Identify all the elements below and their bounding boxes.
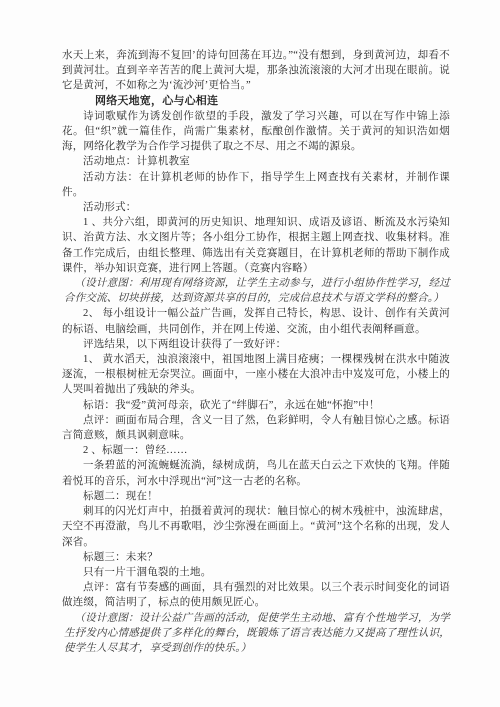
activity-item-1: 1 、共分六组，即黄河的历史知识、地理知识、成语及谚语、断流及水污染知识、治黄方… bbox=[62, 215, 450, 276]
design-note-1: （设计意图：利用现有网络资源，让学生主动参与，进行小组协作性学习，经过合作交流、… bbox=[62, 276, 450, 306]
activity-form-line: 活动形式： bbox=[62, 200, 450, 215]
work-2-scene-2: 刺耳的闪光灯声中，拍摄着黄河的现状：触目惊心的树木残桩中，浊流肆虐，天空不再澄澈… bbox=[62, 504, 450, 550]
work-1-slogan-line: 标语：我“爱”黄河母亲，砍光了“绊脚石”，永远在她“怀抱”中！ bbox=[62, 398, 450, 413]
work-2-comment-line: 点评：富有节奏感的画面，具有强烈的对比效果。以三个表示时间变化的词语做连缀，简洁… bbox=[62, 580, 450, 610]
design-note-2: （设计意图：设计公益广告画的活动，促使学生主动地、富有个性地学习，为学生抒发内心… bbox=[62, 611, 450, 657]
activity-location-line: 活动地点：计算机教室 bbox=[62, 154, 450, 169]
section-heading: 网络天地宽，心与心相连 bbox=[62, 94, 450, 109]
intro-paragraph: 诗词歌赋作为诱发创作欲望的手段，激发了学习兴趣，可以在写作中锦上添花。但“织”就… bbox=[62, 109, 450, 155]
work-2-title-2: 标题二：现在！ bbox=[62, 489, 450, 504]
activity-method-line: 活动方法：在计算机老师的协作下，指导学生上网查找有关素材，并制作课件。 bbox=[62, 170, 450, 200]
work-1-description: 1、 黄水滔天，浊浪滚滚中，祖国地图上满目疮痍；一棵棵残树在洪水中随波逐流，一根… bbox=[62, 352, 450, 398]
work-2-scene-3: 只有一片干涸龟裂的土地。 bbox=[62, 565, 450, 580]
work-2-title-1: 2 、标题一：曾经…… bbox=[62, 443, 450, 458]
quote-paragraph: 水天上来，奔流到海不复回’的诗句回荡在耳边。”“没有想到，身到黄河边，却看不到黄… bbox=[62, 48, 450, 94]
work-1-comment-line: 点评：画面布局合理，含义一目了然，色彩鲜明，令人有触目惊心之感。标语言简意赅，颇… bbox=[62, 413, 450, 443]
document-page: 水天上来，奔流到海不复回’的诗句回荡在耳边。”“没有想到，身到黄河边，却看不到黄… bbox=[0, 0, 500, 707]
work-2-title-3: 标题三：未来？ bbox=[62, 550, 450, 565]
activity-item-2: 2、 每小组设计一幅公益广告画，发挥自己特长，构思、设计、创作有关黄河的标语、电… bbox=[62, 306, 450, 336]
result-intro-line: 评选结果，以下两组设计获得了一致好评： bbox=[62, 337, 450, 352]
page-content: 水天上来，奔流到海不复回’的诗句回荡在耳边。”“没有想到，身到黄河边，却看不到黄… bbox=[62, 48, 450, 656]
work-2-scene-1: 一条碧蓝的河流蜿蜒流淌，绿树成荫，鸟儿在蓝天白云之下欢快的飞翔。伴随着悦耳的音乐… bbox=[62, 458, 450, 488]
